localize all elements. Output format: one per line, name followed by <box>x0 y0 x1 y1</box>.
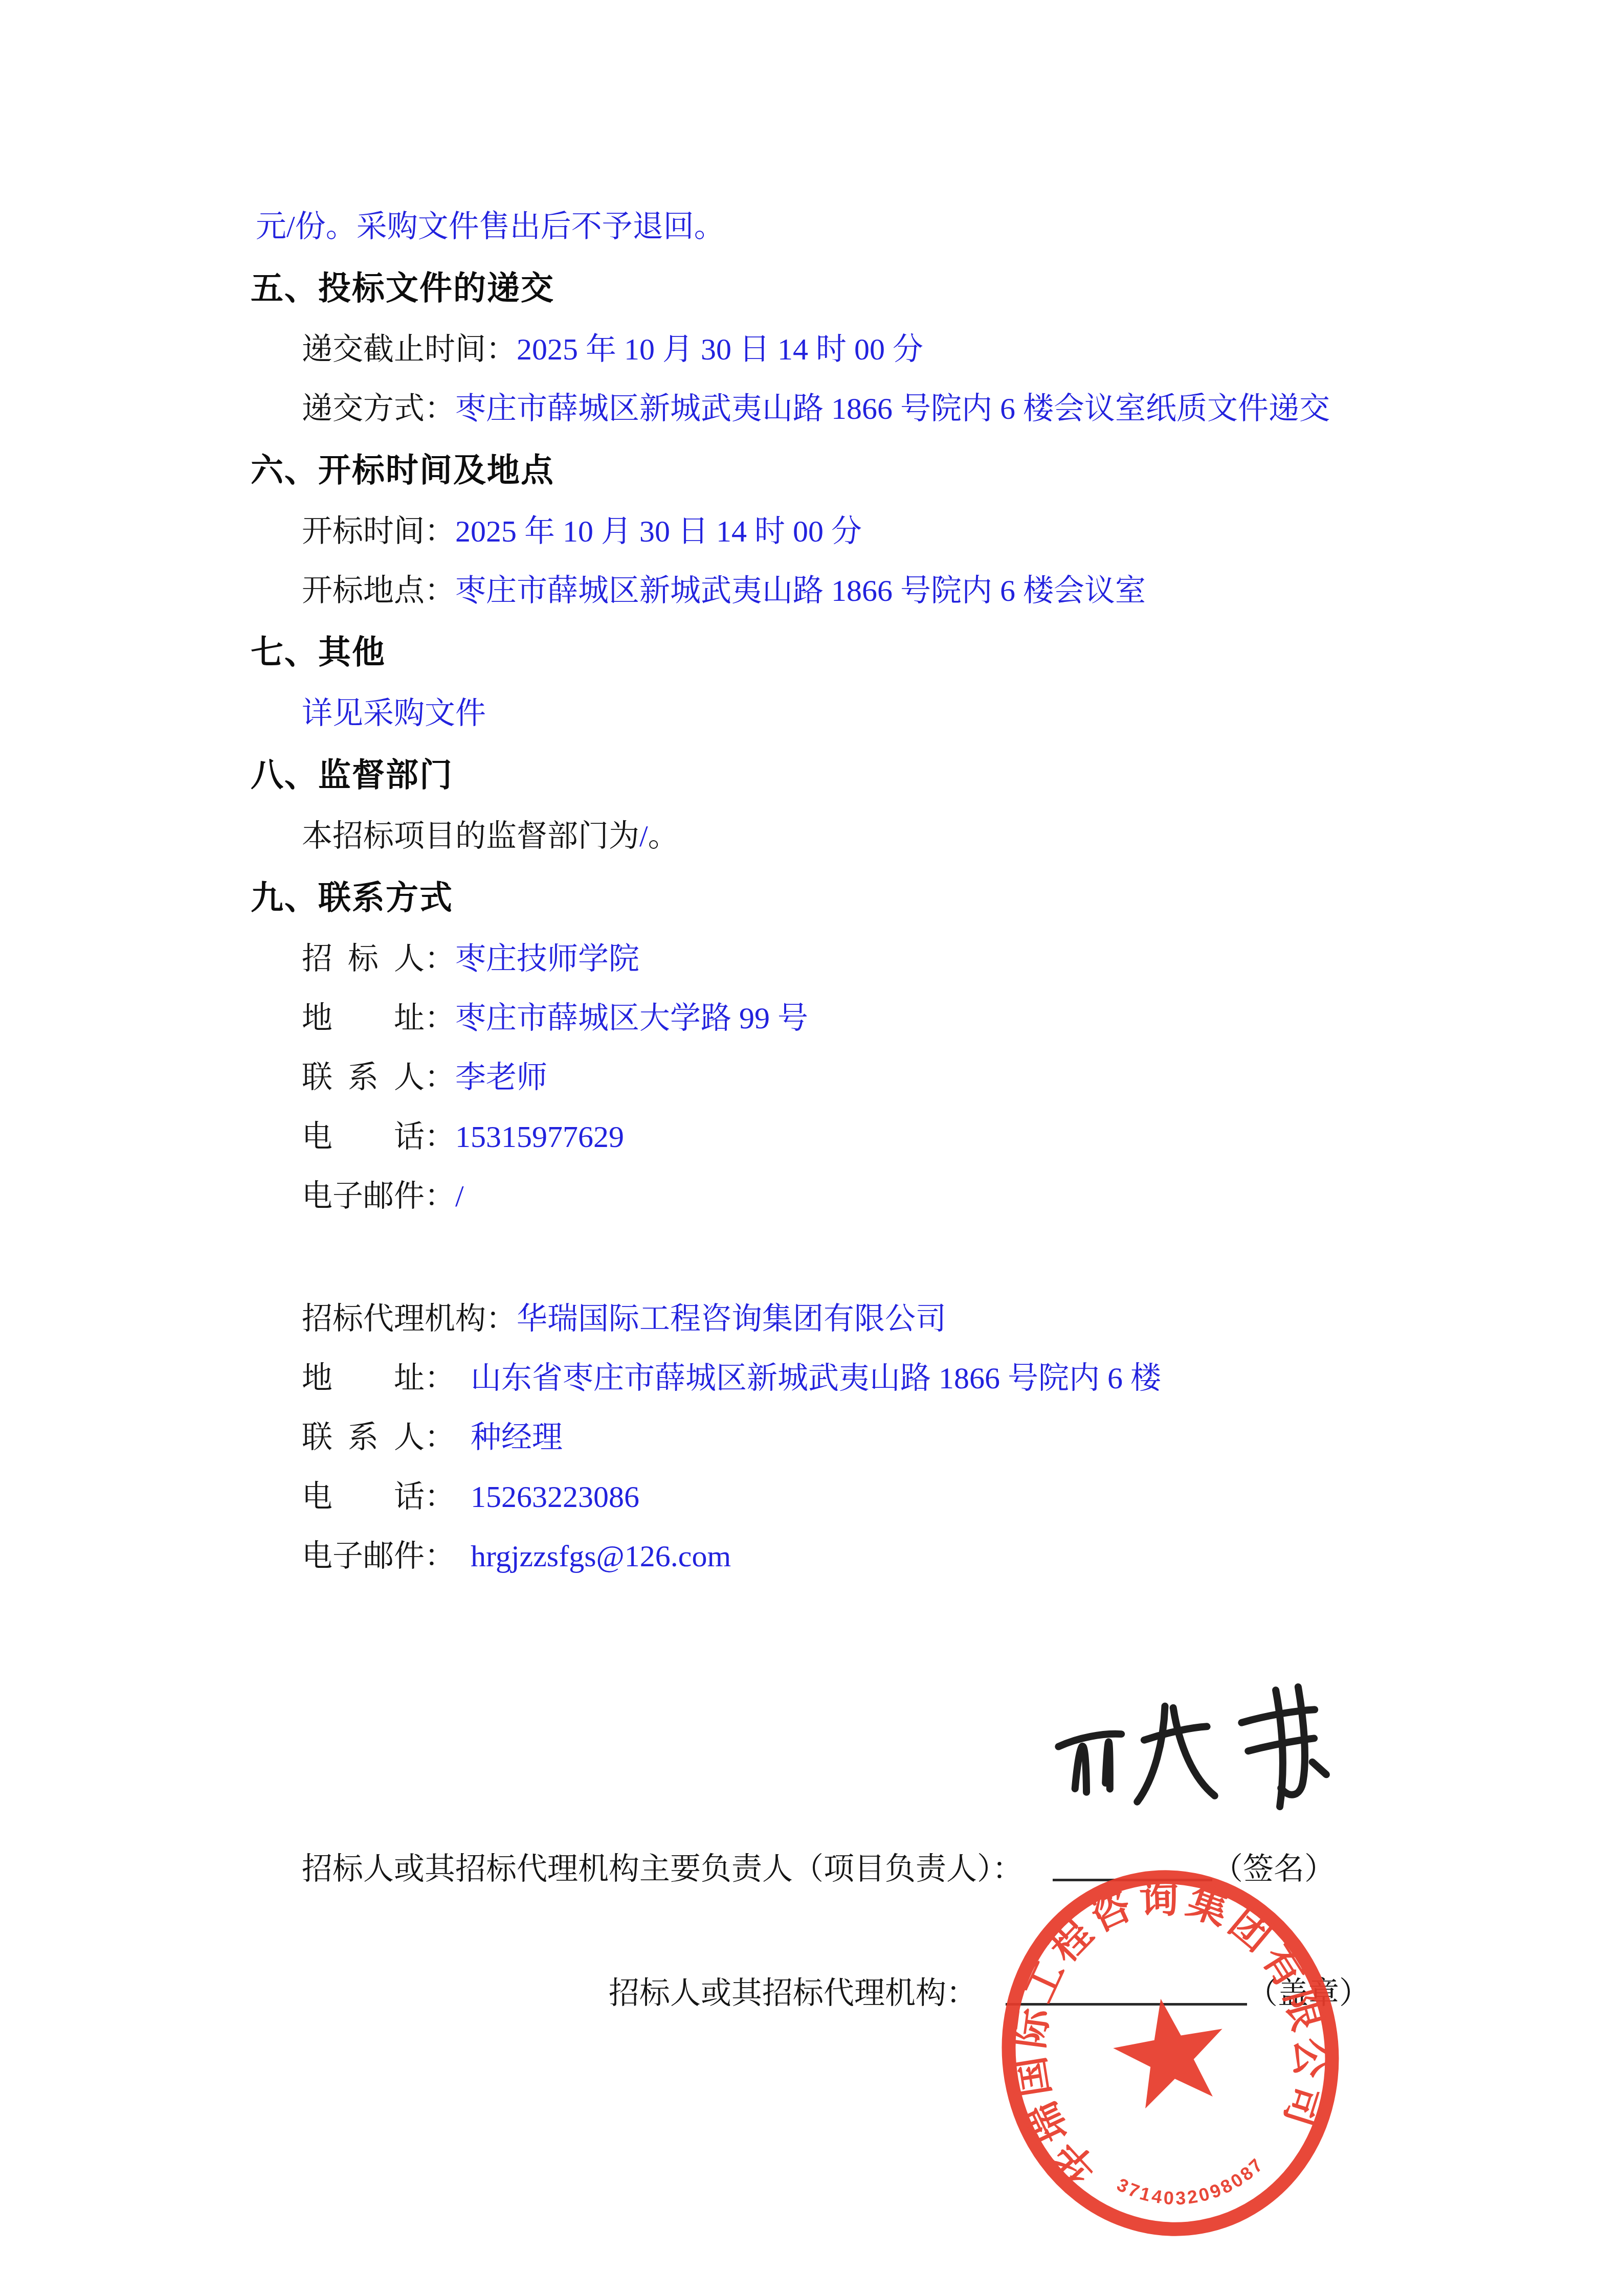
bidder-address-value: 枣庄市薛城区大学路 99 号 <box>455 1001 808 1035</box>
bidder-address-label: 地 址： <box>302 1001 455 1035</box>
agency-contact-value: 种经理 <box>455 1421 563 1454</box>
section-6-title: 六、开标时间及地点 <box>251 448 1367 491</box>
bid-opening-place-row: 开标地点：枣庄市薛城区新城武夷山路 1866 号院内 6 楼会议室 <box>302 571 1367 610</box>
submission-method-row: 递交方式：枣庄市薛城区新城武夷山路 1866 号院内 6 楼会议室纸质文件递交 <box>302 389 1367 428</box>
bidder-contact-row: 联 系 人：李老师 <box>302 1058 1367 1097</box>
agency-address-label: 地 址： <box>302 1361 455 1395</box>
bid-opening-time-label: 开标时间： <box>302 514 455 548</box>
document-page: 元/份。采购文件售出后不予退回。 五、投标文件的递交 递交截止时间：2025 年… <box>0 0 1623 2296</box>
bidder-email-value: / <box>455 1179 464 1213</box>
section-7-title: 七、其他 <box>251 631 1367 673</box>
supervision-period: 。 <box>648 819 679 853</box>
submission-deadline-row: 递交截止时间：2025 年 10 月 30 日 14 时 00 分 <box>302 330 1367 369</box>
seal-row-label: 招标人或其招标代理机构： <box>609 1976 977 2010</box>
signature-row-label: 招标人或其招标代理机构主要负责人（项目负责人）： <box>302 1852 1023 1886</box>
document-body: 元/份。采购文件售出后不予退回。 五、投标文件的递交 递交截止时间：2025 年… <box>0 0 1623 1575</box>
bidder-address-row: 地 址：枣庄市薛城区大学路 99 号 <box>302 999 1367 1038</box>
bidder-name-row: 招 标 人：枣庄技师学院 <box>302 939 1367 978</box>
agency-email-label: 电子邮件： <box>302 1539 455 1573</box>
bidder-phone-row: 电 话：15315977629 <box>302 1117 1367 1156</box>
bid-opening-place-label: 开标地点： <box>302 574 455 607</box>
intro-line: 元/份。采购文件售出后不予退回。 <box>256 207 1367 246</box>
agency-address-value: 山东省枣庄市薛城区新城武夷山路 1866 号院内 6 楼 <box>455 1361 1161 1395</box>
bid-opening-place-value: 枣庄市薛城区新城武夷山路 1866 号院内 6 楼会议室 <box>455 574 1146 607</box>
agency-email-row: 电子邮件： hrgjzzsfgs@126.com <box>302 1537 1367 1575</box>
bidder-phone-value: 15315977629 <box>455 1120 624 1154</box>
bid-opening-time-row: 开标时间：2025 年 10 月 30 日 14 时 00 分 <box>302 512 1367 551</box>
bid-opening-time-value: 2025 年 10 月 30 日 14 时 00 分 <box>455 514 862 548</box>
other-note: 详见采购文件 <box>302 694 1367 733</box>
bidder-email-row: 电子邮件：/ <box>302 1177 1367 1215</box>
section-8-title: 八、监督部门 <box>251 753 1367 796</box>
agency-name-label: 招标代理机构： <box>302 1302 517 1336</box>
supervision-text: 本招标项目的监督部门为 <box>302 819 639 853</box>
submission-deadline-value: 2025 年 10 月 30 日 14 时 00 分 <box>517 332 923 366</box>
star-icon <box>1106 1989 1234 2112</box>
handwritten-signature <box>1043 1682 1340 1856</box>
agency-phone-value: 15263223086 <box>455 1480 639 1514</box>
agency-address-row: 地 址： 山东省枣庄市薛城区新城武夷山路 1866 号院内 6 楼 <box>302 1359 1367 1398</box>
agency-name-value: 华瑞国际工程咨询集团有限公司 <box>517 1302 946 1336</box>
company-seal-stamp: 华瑞国际工程咨询集团有限公司 3714032098087 <box>1002 1864 1339 2242</box>
agency-contact-label: 联 系 人： <box>302 1421 455 1454</box>
agency-email-value: hrgjzzsfgs@126.com <box>455 1539 731 1573</box>
agency-phone-label: 电 话： <box>302 1480 455 1514</box>
bidder-contact-label: 联 系 人： <box>302 1061 455 1094</box>
section-5-title: 五、投标文件的递交 <box>251 266 1367 309</box>
bidder-name-label: 招 标 人： <box>302 942 455 976</box>
bidder-email-label: 电子邮件： <box>302 1179 455 1213</box>
submission-deadline-label: 递交截止时间： <box>302 332 517 366</box>
bidder-contact-value: 李老师 <box>455 1061 547 1094</box>
submission-method-label: 递交方式： <box>302 392 455 425</box>
submission-method-value: 枣庄市薛城区新城武夷山路 1866 号院内 6 楼会议室纸质文件递交 <box>455 392 1330 425</box>
bidder-phone-label: 电 话： <box>302 1120 455 1154</box>
supervision-row: 本招标项目的监督部门为/。 <box>302 817 1367 856</box>
agency-phone-row: 电 话： 15263223086 <box>302 1477 1367 1516</box>
section-9-title: 九、联系方式 <box>251 876 1367 919</box>
bidder-name-value: 枣庄技师学院 <box>455 942 639 976</box>
agency-contact-row: 联 系 人： 种经理 <box>302 1418 1367 1457</box>
supervision-slash: / <box>639 819 648 853</box>
agency-name-row: 招标代理机构：华瑞国际工程咨询集团有限公司 <box>302 1299 1367 1338</box>
